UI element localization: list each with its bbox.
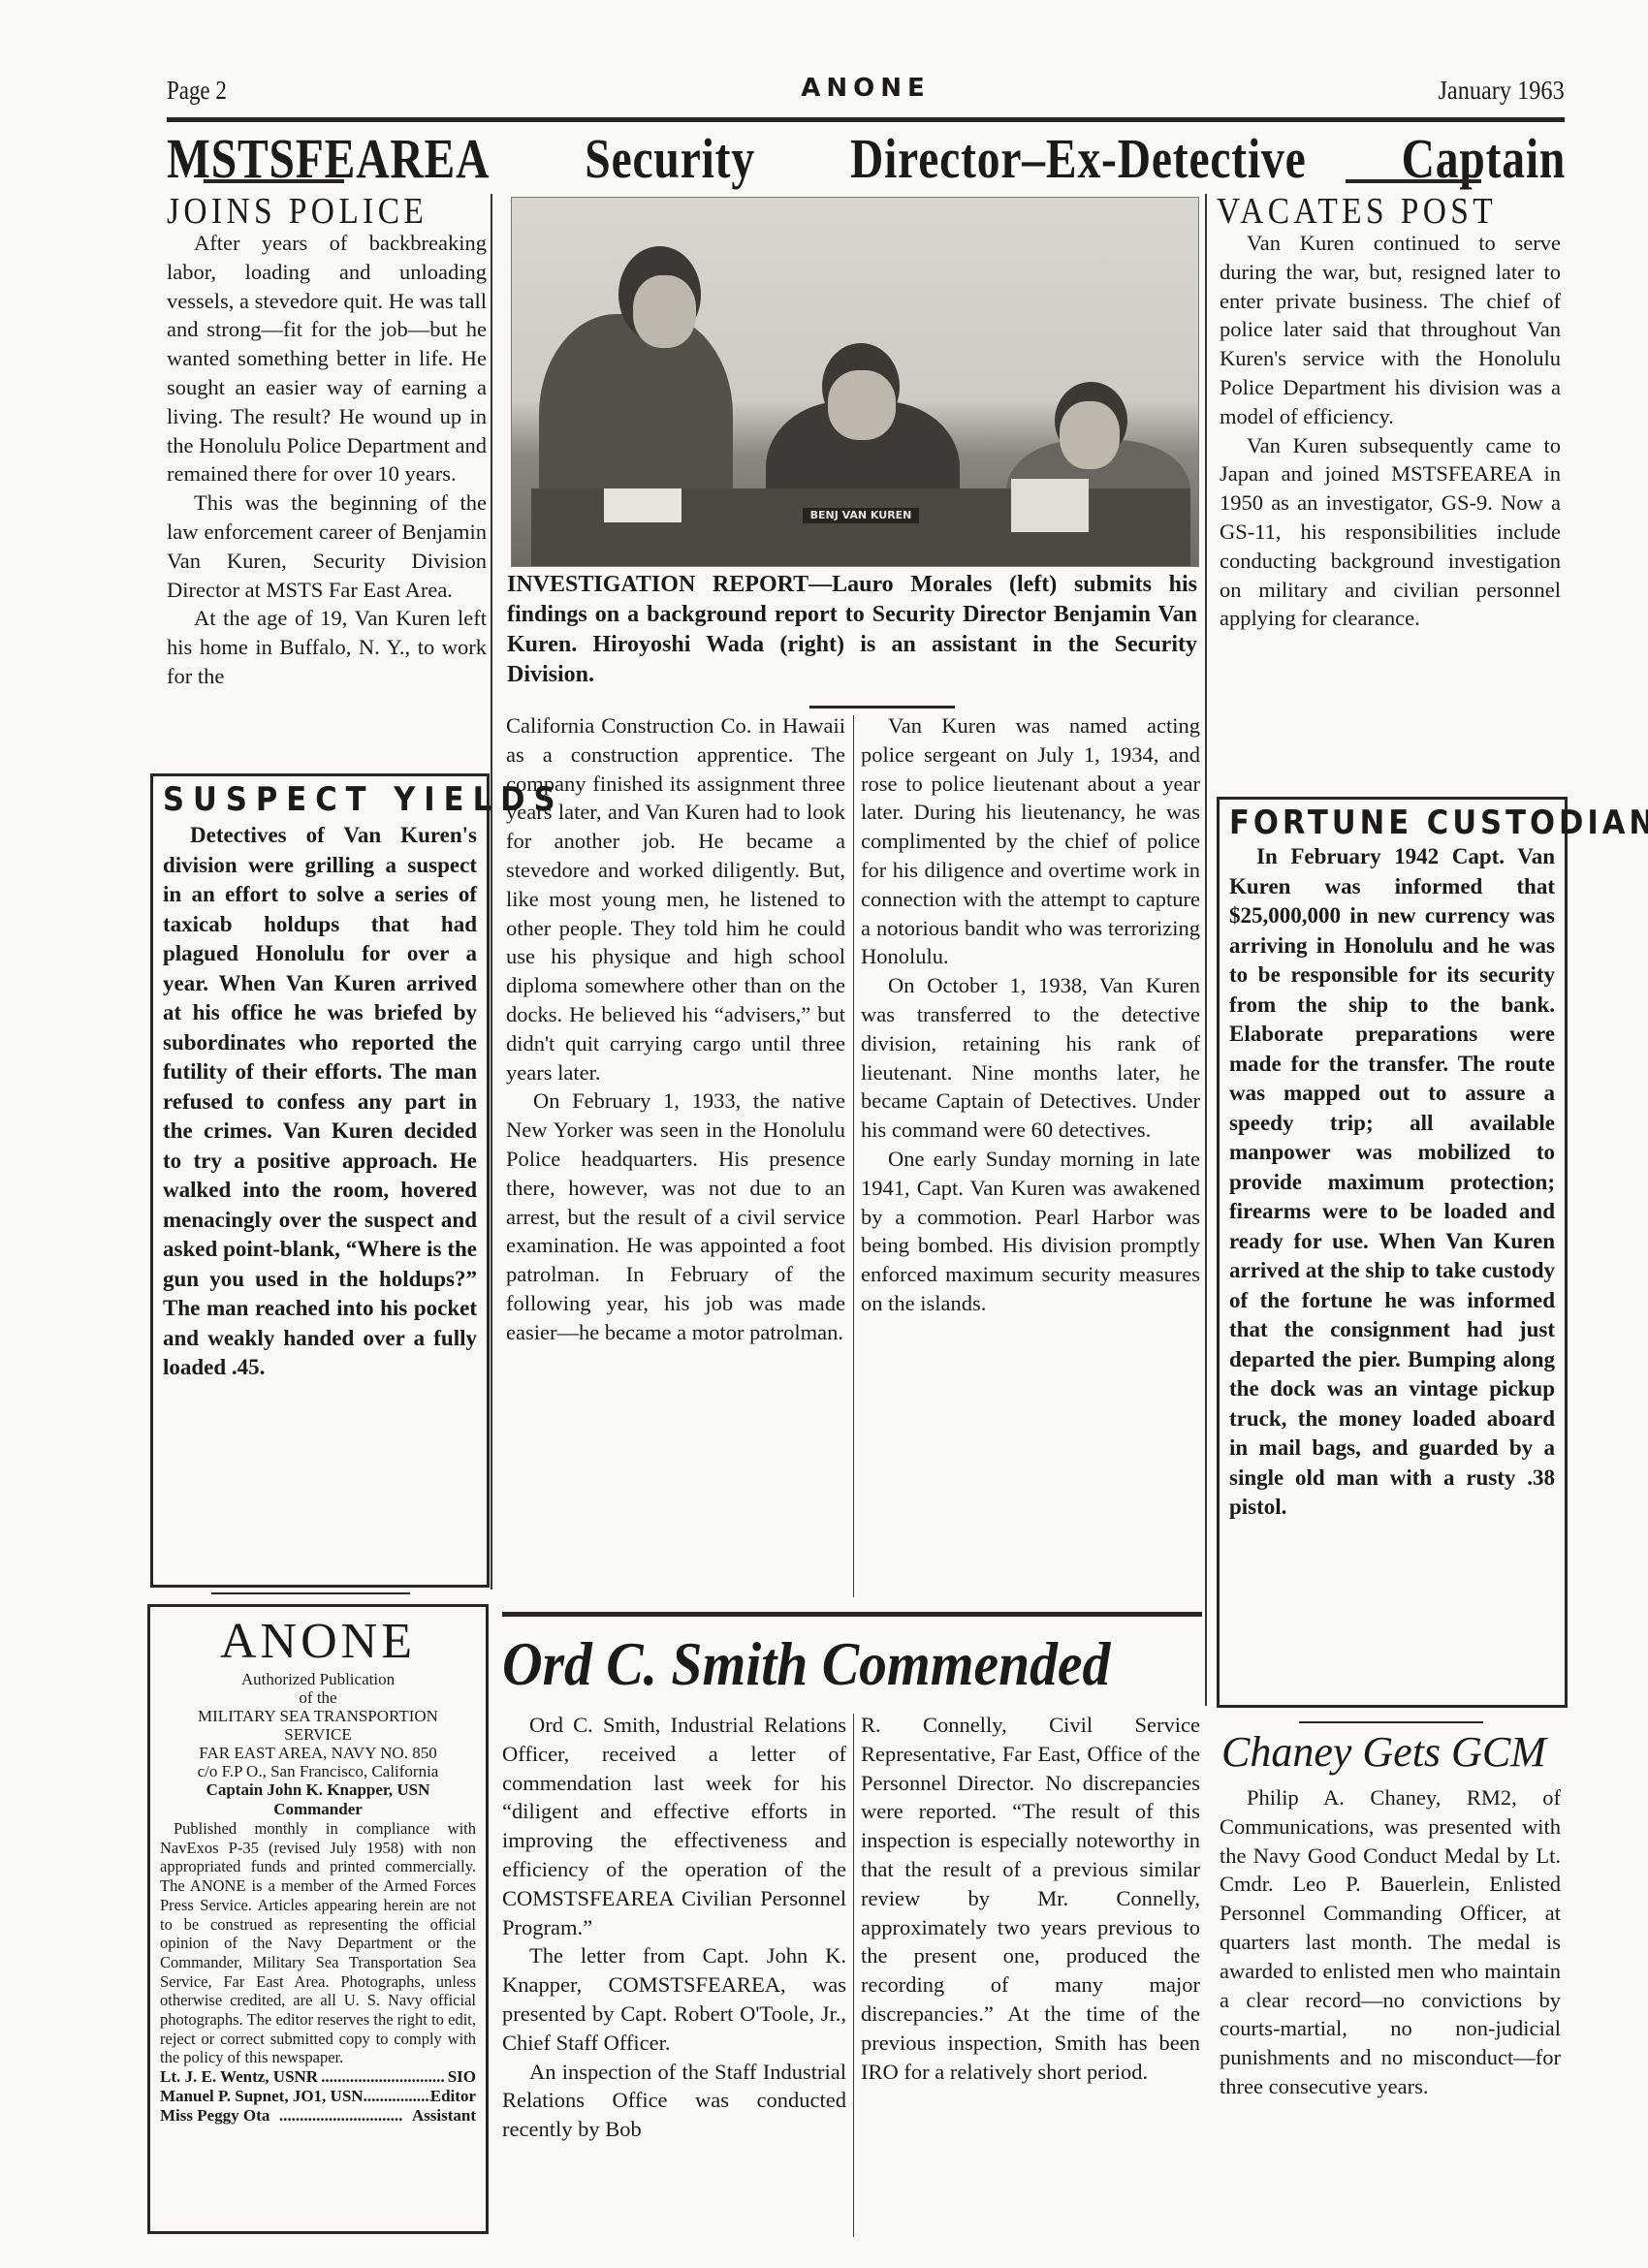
main-headline: MSTSFEAREA Security Director–Ex-Detectiv… [167, 126, 1566, 194]
issue-date: January 1963 [1439, 76, 1565, 106]
column-divider [1205, 194, 1207, 1706]
info-line: Authorized Publication [150, 1670, 486, 1688]
photo-figure-face [633, 275, 696, 348]
kicker-joins-police: JOINS POLICE [167, 190, 448, 233]
article-center-left-column: California Construction Co. in Hawaii as… [506, 711, 845, 1347]
staff-row: Manuel P. Supnet, JO1, USN .............… [150, 2087, 486, 2106]
publication-name: ANONE [167, 74, 1565, 103]
info-line: c/o F.P O., San Francisco, California [150, 1762, 486, 1780]
photo-figure-face [828, 370, 896, 440]
paragraph: R. Connelly, Civil Service Representativ… [861, 1711, 1200, 2086]
photo-papers [1011, 479, 1089, 532]
paragraph: Published monthly in compliance with Nav… [160, 1819, 476, 2067]
leader-dots: .............................. [269, 2106, 412, 2126]
commander-title: Commander [150, 1800, 486, 1819]
leader-dots: .............................. [364, 2087, 430, 2106]
photo-nameplate: BENJ VAN KUREN [803, 508, 919, 523]
photo-caption: INVESTIGATION REPORT—Lauro Morales (left… [507, 570, 1197, 690]
photo-figure-face [1060, 401, 1120, 469]
news-photo: BENJ VAN KUREN [511, 197, 1199, 567]
paragraph: At the age of 19, Van Kuren left his hom… [167, 604, 487, 690]
staff-row: Miss Peggy Ota .........................… [150, 2106, 486, 2126]
photo-papers [604, 488, 681, 522]
info-line: SERVICE [150, 1725, 486, 1744]
article-left-column: After years of backbreaking labor, loadi… [167, 229, 487, 691]
article-center-right-column: Van Kuren was named acting police sergea… [861, 711, 1200, 1318]
kicker-vacates-post: VACATES POST [1217, 190, 1524, 233]
article-right-column: Van Kuren continued to serve during the … [1220, 229, 1561, 633]
kicker-rule [1346, 179, 1481, 183]
paragraph: Van Kuren continued to serve during the … [1220, 229, 1561, 431]
column-divider [853, 1714, 854, 2237]
staff-name: Lt. J. E. Wentz, USNR [160, 2067, 318, 2087]
staff-row: Lt. J. E. Wentz, USNR ..................… [150, 2067, 486, 2087]
staff-role: SIO [448, 2067, 476, 2087]
box-title: SUSPECT YIELDS [163, 780, 477, 819]
staff-name: Miss Peggy Ota [160, 2106, 269, 2126]
masthead-rule [167, 117, 1565, 122]
commander-name: Captain John K. Knapper, USN [150, 1780, 486, 1800]
staff-role: Editor [430, 2087, 476, 2106]
paragraph: In February 1942 Capt. Van Kuren was inf… [1229, 842, 1555, 1523]
paragraph: Detectives of Van Kuren's division were … [163, 821, 477, 1383]
chaney-article-body: Philip A. Chaney, RM2, of Communications… [1220, 1783, 1561, 2101]
paragraph: California Construction Co. in Hawaii as… [506, 711, 845, 1087]
chaney-article-title: Chaney Gets GCM [1221, 1727, 1546, 1777]
section-rule [502, 1612, 1202, 1617]
column-divider [491, 194, 492, 1590]
headline-word: Security [585, 126, 755, 194]
info-line: MILITARY SEA TRANSPORTION [150, 1707, 486, 1725]
info-line: of the [150, 1688, 486, 1707]
paragraph: After years of backbreaking labor, loadi… [167, 229, 487, 488]
paragraph: Philip A. Chaney, RM2, of Communications… [1220, 1783, 1561, 2101]
caption-rule [809, 706, 955, 709]
sidebar-box-suspect-yields: SUSPECT YIELDS Detectives of Van Kuren's… [150, 773, 490, 1588]
paragraph: Ord C. Smith, Industrial Relations Offic… [502, 1711, 846, 1941]
box-rule [211, 1592, 410, 1594]
staff-name: Manuel P. Supnet, JO1, USN [160, 2087, 364, 2106]
box-title: FORTUNE CUSTODIAN [1229, 803, 1555, 842]
column-divider [853, 715, 854, 1597]
page-masthead: Page 2 ANONE January 1963 [167, 76, 1565, 114]
ord-article-title: Ord C. Smith Commended [502, 1628, 1110, 1700]
headline-word: Captain [1402, 126, 1567, 194]
paragraph: Van Kuren was named acting police sergea… [861, 711, 1200, 971]
paragraph: This was the beginning of the law enforc… [167, 488, 487, 604]
publication-statement: Published monthly in compliance with Nav… [150, 1819, 486, 2067]
paragraph: One early Sunday morning in late 1941, C… [861, 1145, 1200, 1318]
kicker-rule [204, 179, 344, 183]
info-line: FAR EAST AREA, NAVY NO. 850 [150, 1744, 486, 1762]
box-body: In February 1942 Capt. Van Kuren was inf… [1229, 842, 1555, 1523]
sidebar-box-fortune-custodian: FORTUNE CUSTODIAN In February 1942 Capt.… [1217, 797, 1568, 1708]
ord-article-col2: R. Connelly, Civil Service Representativ… [861, 1711, 1200, 2086]
paragraph: The letter from Capt. John K. Knapper, C… [502, 1941, 846, 2057]
paragraph: On October 1, 1938, Van Kuren was transf… [861, 971, 1200, 1145]
ord-article-col1: Ord C. Smith, Industrial Relations Offic… [502, 1711, 846, 2144]
box-body: Detectives of Van Kuren's division were … [163, 821, 477, 1383]
staff-role: Assistant [412, 2106, 476, 2126]
publication-info-box: ANONE Authorized Publication of the MILI… [147, 1604, 489, 2234]
headline-word: MSTSFEAREA [167, 126, 490, 194]
paragraph: Van Kuren subsequently came to Japan and… [1220, 431, 1561, 634]
leader-dots: .............................. [318, 2067, 448, 2087]
paragraph: An inspection of the Staff Industrial Re… [502, 2058, 846, 2144]
headline-word: Director–Ex-Detective [850, 126, 1307, 194]
box-title: ANONE [150, 1613, 486, 1670]
paragraph: On February 1, 1933, the native New York… [506, 1087, 845, 1346]
section-rule [1299, 1721, 1483, 1723]
